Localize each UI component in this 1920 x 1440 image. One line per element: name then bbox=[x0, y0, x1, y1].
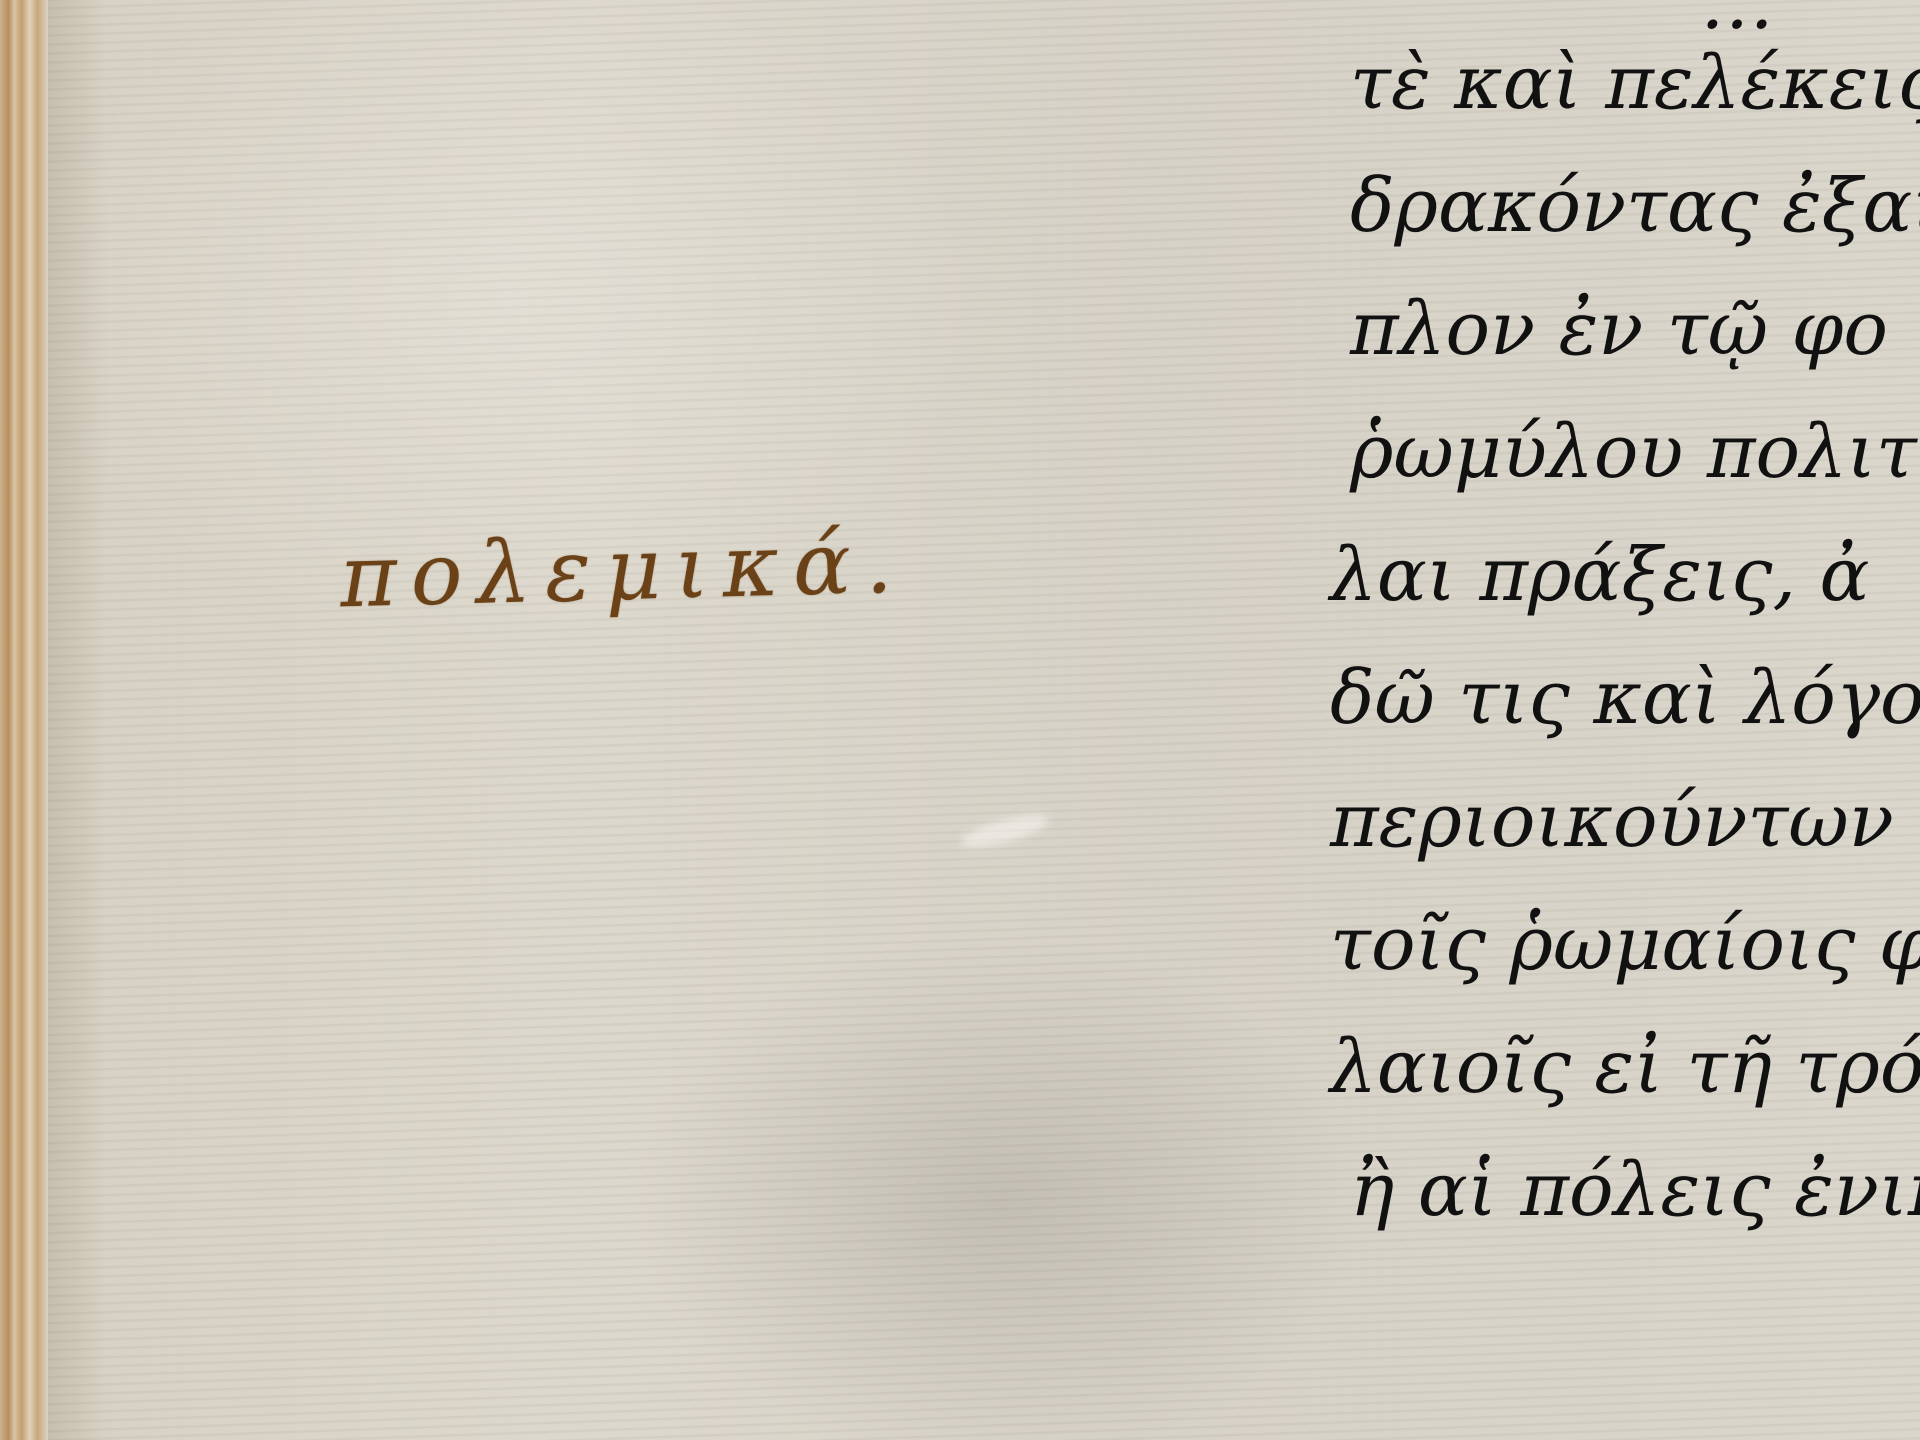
book-gutter-binding bbox=[0, 0, 48, 1440]
text-line: τὲ καὶ πελέκεις bbox=[1330, 22, 1920, 145]
text-line: λαιοῖς εἰ τῆ τρόπος bbox=[1330, 1006, 1920, 1129]
manuscript-page: πολεμικά. … τὲ καὶ πελέκεις δρακόντας ἐξ… bbox=[0, 0, 1920, 1440]
gutter-shadow bbox=[48, 0, 108, 1440]
text-line: περιοικούντων bbox=[1330, 760, 1920, 883]
handwritten-margin-note: πολεμικά. bbox=[339, 513, 908, 628]
text-line: πλον ἐν τῷ φο bbox=[1330, 268, 1920, 391]
text-line: τοῖς ῥωμαίοις φί bbox=[1330, 883, 1920, 1006]
text-line: δρακόντας ἐξαιν bbox=[1330, 145, 1920, 268]
text-line: ἢ αἱ πόλεις ἐνικα bbox=[1330, 1129, 1920, 1252]
paper-crease bbox=[959, 809, 1052, 854]
text-line: δῶ τις καὶ λόγον bbox=[1330, 637, 1920, 760]
printed-text-column: τὲ καὶ πελέκεις δρακόντας ἐξαιν πλον ἐν … bbox=[1330, 22, 1920, 1252]
text-line: ῥωμύλου πολιτ bbox=[1330, 391, 1920, 514]
text-line: λαι πράξεις, ἀ bbox=[1330, 514, 1920, 637]
